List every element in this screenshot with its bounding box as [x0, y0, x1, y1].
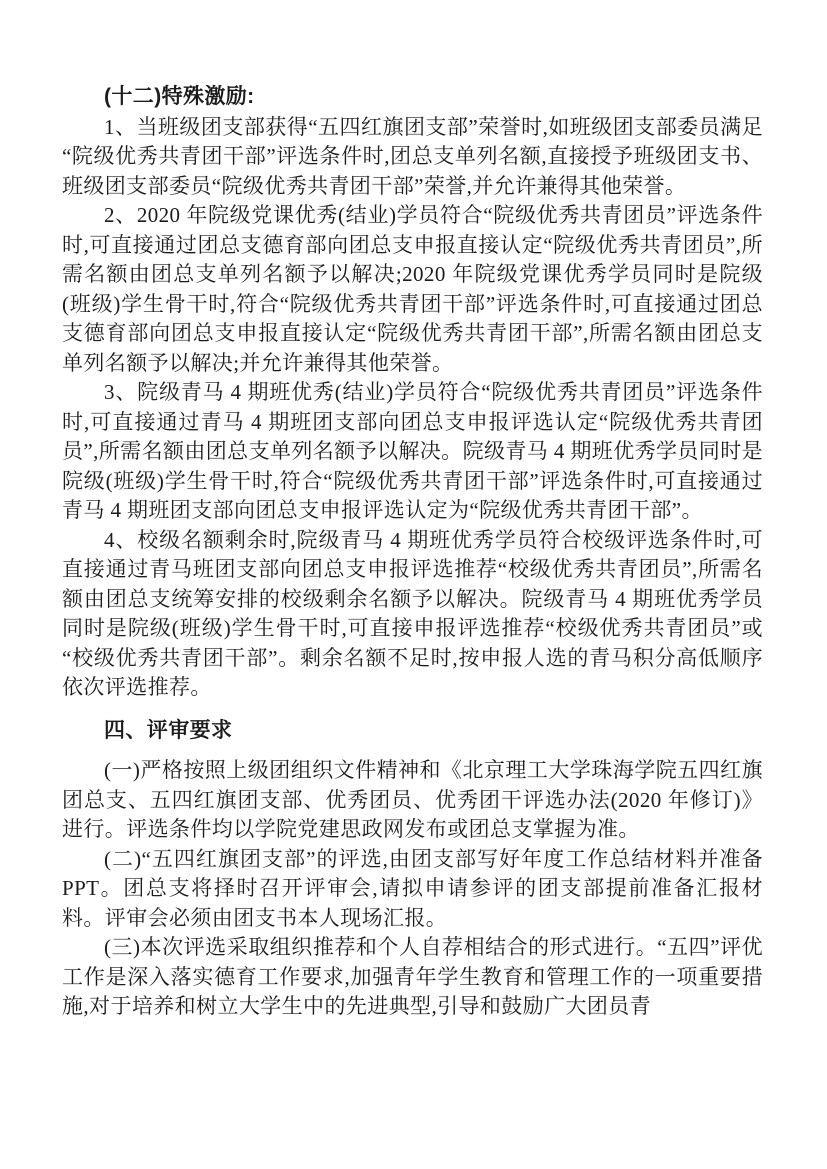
special-incentives-paragraph-4: 4、校级名额剩余时,院级青马 4 期班优秀学员符合校级评选条件时,可直接通过青马… — [62, 526, 763, 703]
review-requirements-paragraph-1: (一)严格按照上级团组织文件精神和《北京理工大学珠海学院五四红旗团总支、五四红旗… — [62, 756, 763, 845]
special-incentives-paragraph-3: 3、院级青马 4 期班优秀(结业)学员符合“院级优秀共青团员”评选条件时,可直接… — [62, 378, 763, 526]
review-requirements-paragraph-3: (三)本次评选采取组织推荐和个人自荐相结合的形式进行。“五四”评优工作是深入落实… — [62, 933, 763, 1022]
heading-special-incentives: (十二)特殊激励: — [62, 82, 763, 112]
special-incentives-paragraph-2: 2、2020 年院级党课优秀(结业)学员符合“院级优秀共青团员”评选条件时,可直… — [62, 201, 763, 378]
special-incentives-paragraph-1: 1、当班级团支部获得“五四红旗团支部”荣誉时,如班级团支部委员满足“院级优秀共青… — [62, 113, 763, 202]
page-content: (十二)特殊激励: 1、当班级团支部获得“五四红旗团支部”荣誉时,如班级团支部委… — [62, 82, 763, 1022]
document-page: (十二)特殊激励: 1、当班级团支部获得“五四红旗团支部”荣誉时,如班级团支部委… — [0, 0, 827, 1169]
heading-review-requirements: 四、评审要求 — [62, 716, 763, 746]
review-requirements-paragraph-2: (二)“五四红旗团支部”的评选,由团支部写好年度工作总结材料并准备 PPT。团总… — [62, 845, 763, 934]
